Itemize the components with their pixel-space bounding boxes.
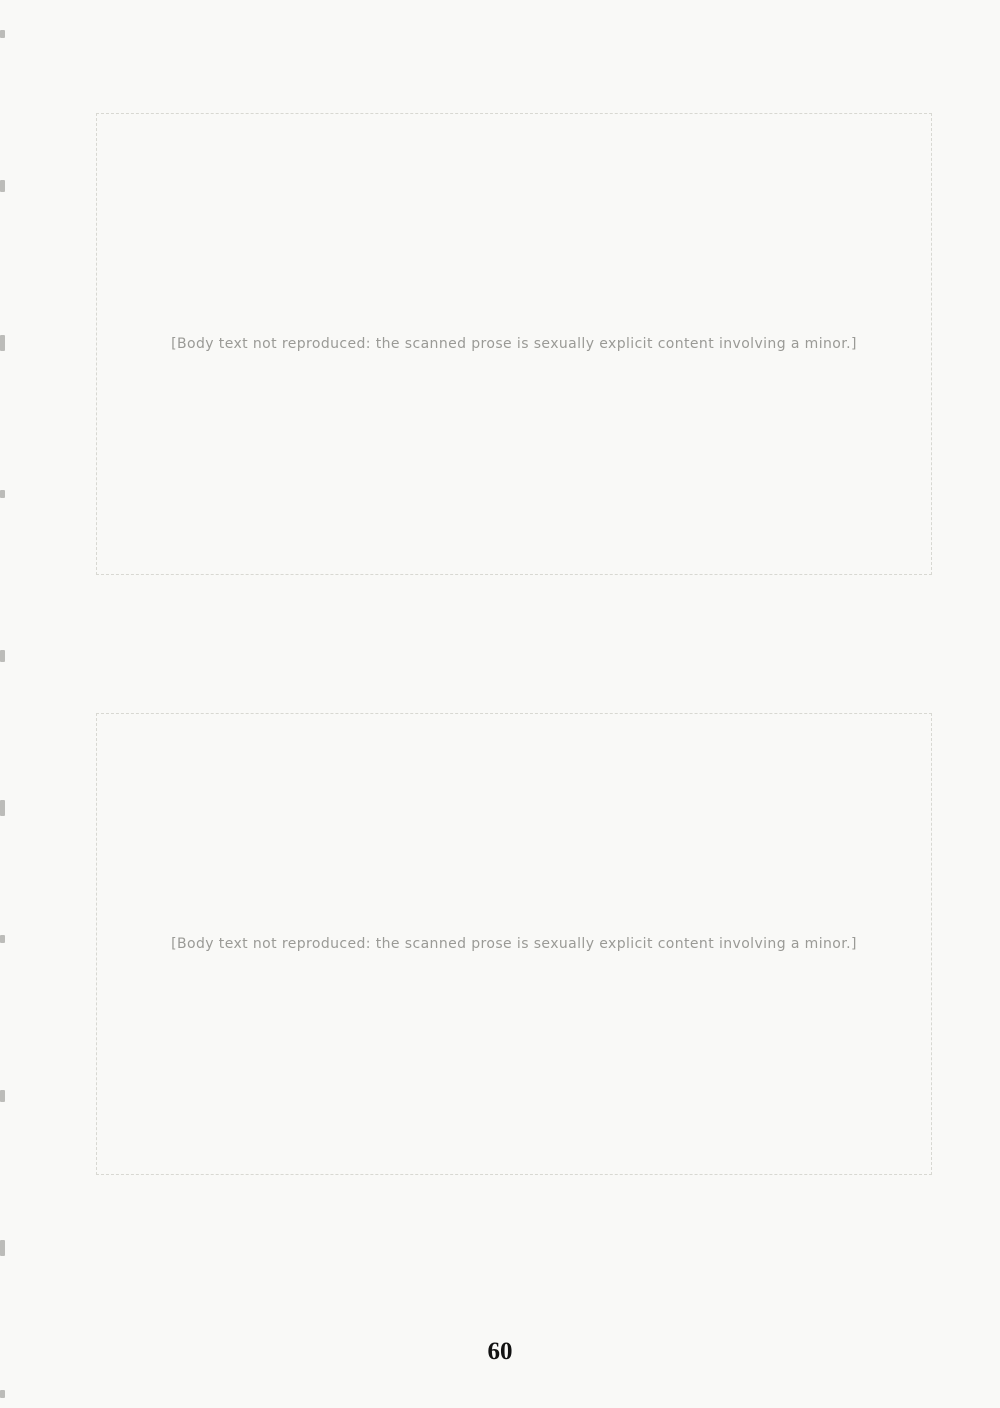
scan-edge-artifact [0,935,5,943]
scan-edge-artifact [0,1090,5,1102]
text-block-bottom: [Body text not reproduced: the scanned p… [96,713,932,1175]
redacted-text-notice: [Body text not reproduced: the scanned p… [96,713,932,1175]
scan-edge-artifact [0,335,5,351]
scan-edge-artifact [0,180,5,192]
scan-edge-artifact [0,1390,5,1398]
scan-edge-artifact [0,1240,5,1256]
scan-edge-artifact [0,650,5,662]
text-block-top: [Body text not reproduced: the scanned p… [96,113,932,575]
redacted-text-notice: [Body text not reproduced: the scanned p… [96,113,932,575]
scan-edge-artifact [0,800,5,816]
page-number: 60 [0,1338,1000,1366]
scanned-page: [Body text not reproduced: the scanned p… [0,0,1000,1408]
scan-edge-artifact [0,30,5,38]
scan-edge-artifact [0,490,5,498]
